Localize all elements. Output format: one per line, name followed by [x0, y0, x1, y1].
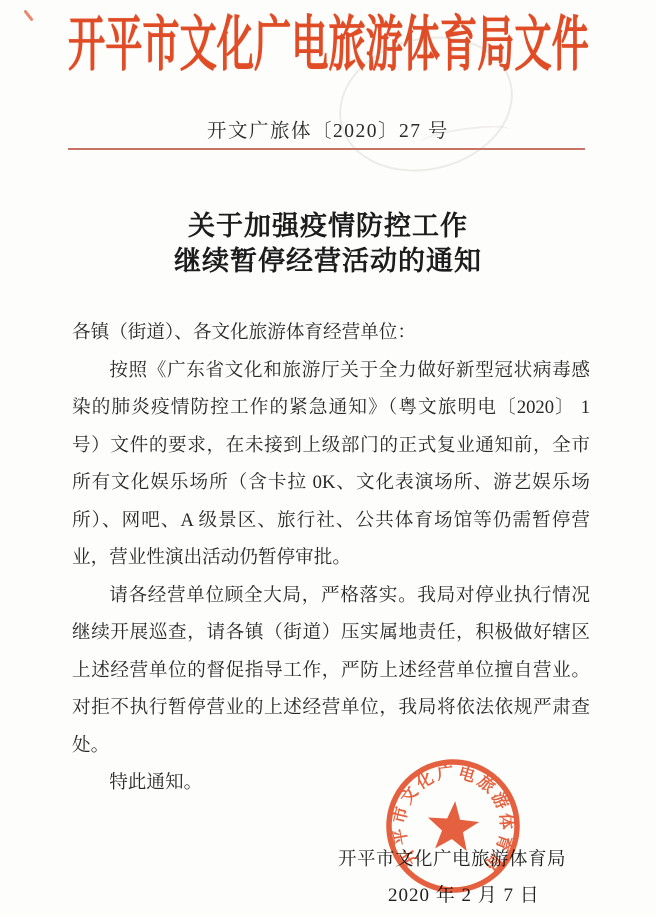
red-divider-line	[68, 148, 585, 150]
document-number: 开文广旅体〔2020〕27 号	[0, 115, 656, 143]
notice-title-line1: 关于加强疫情防控工作	[0, 209, 656, 244]
red-header-title: 开平市文化广电旅游体育局文件	[68, 12, 589, 78]
body-paragraph-1: 按照《广东省文化和旅游厅关于全力做好新型冠状病毒感染的肺炎疫情防控工作的紧急通知…	[72, 352, 590, 577]
notice-body: 各镇（街道）、各文化旅游体育经营单位： 按照《广东省文化和旅游厅关于全力做好新型…	[72, 314, 590, 802]
notice-title-line2: 继续暂停经营活动的通知	[0, 244, 656, 279]
body-paragraph-2: 请各经营单位顾全大局，严格落实。我局对停业执行情况继续开展巡查，请各镇（街道）压…	[72, 577, 590, 765]
star-icon	[425, 799, 480, 852]
document-page: 开平市文化广电旅游体育局文件 开文广旅体〔2020〕27 号 关于加强疫情防控工…	[0, 0, 656, 916]
scan-artifact-speck	[23, 9, 33, 21]
official-seal: 开平市文化广电旅游体育局	[373, 746, 533, 906]
salutation: 各镇（街道）、各文化旅游体育经营单位：	[72, 314, 590, 352]
red-letterhead: 开平市文化广电旅游体育局文件	[68, 12, 590, 84]
notice-title: 关于加强疫情防控工作 继续暂停经营活动的通知	[0, 209, 656, 279]
